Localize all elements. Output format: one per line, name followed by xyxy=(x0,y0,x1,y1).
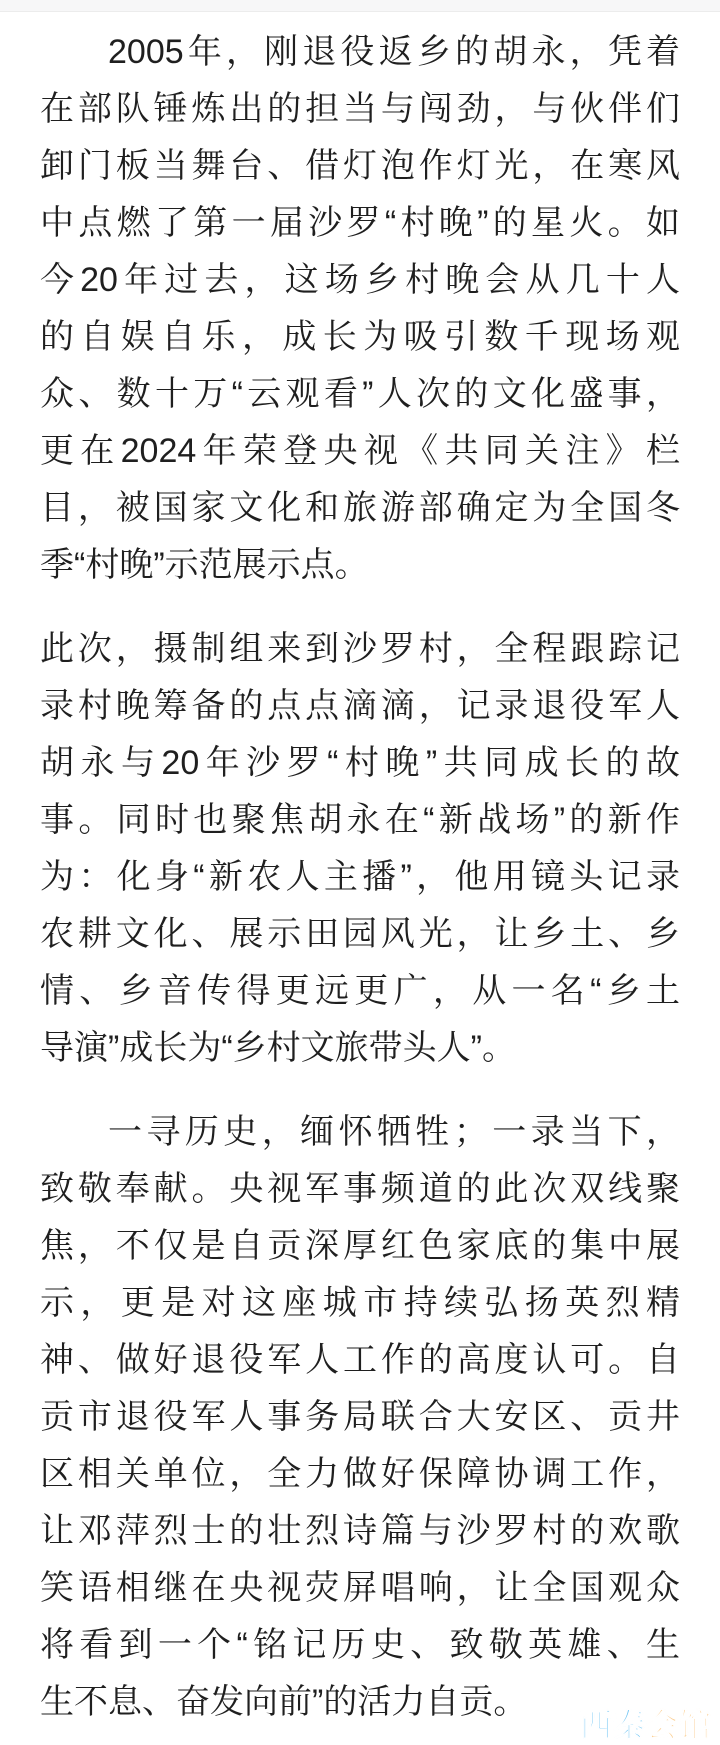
text-line: 录村晚筹备的点点滴滴，记录退役军人 xyxy=(40,678,680,735)
text-line: 情、乡音传得更远更广，从一名“乡土 xyxy=(40,963,680,1020)
text-line: 更在2024年荣登央视《共同关注》栏 xyxy=(40,423,680,480)
text-line: 众、数十万“云观看”人次的文化盛事， xyxy=(40,366,680,423)
paragraph: 一寻历史，缅怀牺牲；一录当下，致敬奉献。央视军事频道的此次双线聚焦，不仅是自贡深… xyxy=(40,1104,680,1731)
text-line: 2005年，刚退役返乡的胡永，凭着 xyxy=(40,24,680,81)
text-line: 焦，不仅是自贡深厚红色家底的集中展 xyxy=(40,1218,680,1275)
text-line: 将看到一个“铭记历史、致敬英雄、生 xyxy=(40,1617,680,1674)
text-line: 在部队锤炼出的担当与闯劲，与伙伴们 xyxy=(40,81,680,138)
paragraph: 2005年，刚退役返乡的胡永，凭着在部队锤炼出的担当与闯劲，与伙伴们卸门板当舞台… xyxy=(40,24,680,594)
site-watermark-logo: 西秦会馆 xyxy=(580,1705,712,1745)
text-line: 的自娱自乐，成长为吸引数千现场观 xyxy=(40,309,680,366)
article-body: 2005年，刚退役返乡的胡永，凭着在部队锤炼出的担当与闯劲，与伙伴们卸门板当舞台… xyxy=(0,12,720,1731)
text-line: 今20年过去，这场乡村晚会从几十人 xyxy=(40,252,680,309)
text-line: 为：化身“新农人主播”，他用镜头记录 xyxy=(40,849,680,906)
paragraph: 此次，摄制组来到沙罗村，全程跟踪记录村晚筹备的点点滴滴，记录退役军人胡永与20年… xyxy=(40,621,680,1077)
text-line: 示，更是对这座城市持续弘扬英烈精 xyxy=(40,1275,680,1332)
text-line: 农耕文化、展示田园风光，让乡土、乡 xyxy=(40,906,680,963)
text-line: 致敬奉献。央视军事频道的此次双线聚 xyxy=(40,1161,680,1218)
text-line: 胡永与20年沙罗“村晚”共同成长的故 xyxy=(40,735,680,792)
text-line: 中点燃了第一届沙罗“村晚”的星火。如 xyxy=(40,195,680,252)
watermark-text-orange: 会馆 xyxy=(646,1707,712,1743)
text-line: 区相关单位，全力做好保障协调工作， xyxy=(40,1446,680,1503)
text-line: 卸门板当舞台、借灯泡作灯光，在寒风 xyxy=(40,138,680,195)
watermark-text-blue: 西秦 xyxy=(580,1707,646,1743)
text-line: 贡市退役军人事务局联合大安区、贡井 xyxy=(40,1389,680,1446)
text-line: 笑语相继在央视荧屏唱响，让全国观众 xyxy=(40,1560,680,1617)
text-line: 目，被国家文化和旅游部确定为全国冬 xyxy=(40,480,680,537)
text-line: 此次，摄制组来到沙罗村，全程跟踪记 xyxy=(40,621,680,678)
text-line: 事。同时也聚焦胡永在“新战场”的新作 xyxy=(40,792,680,849)
text-line: 一寻历史，缅怀牺牲；一录当下， xyxy=(40,1104,680,1161)
text-line: 神、做好退役军人工作的高度认可。自 xyxy=(40,1332,680,1389)
text-line: 季“村晚”示范展示点。 xyxy=(40,537,680,594)
text-line: 让邓萍烈士的壮烈诗篇与沙罗村的欢歌 xyxy=(40,1503,680,1560)
text-line: 导演”成长为“乡村文旅带头人”。 xyxy=(40,1020,680,1077)
page-top-strip xyxy=(0,0,720,12)
